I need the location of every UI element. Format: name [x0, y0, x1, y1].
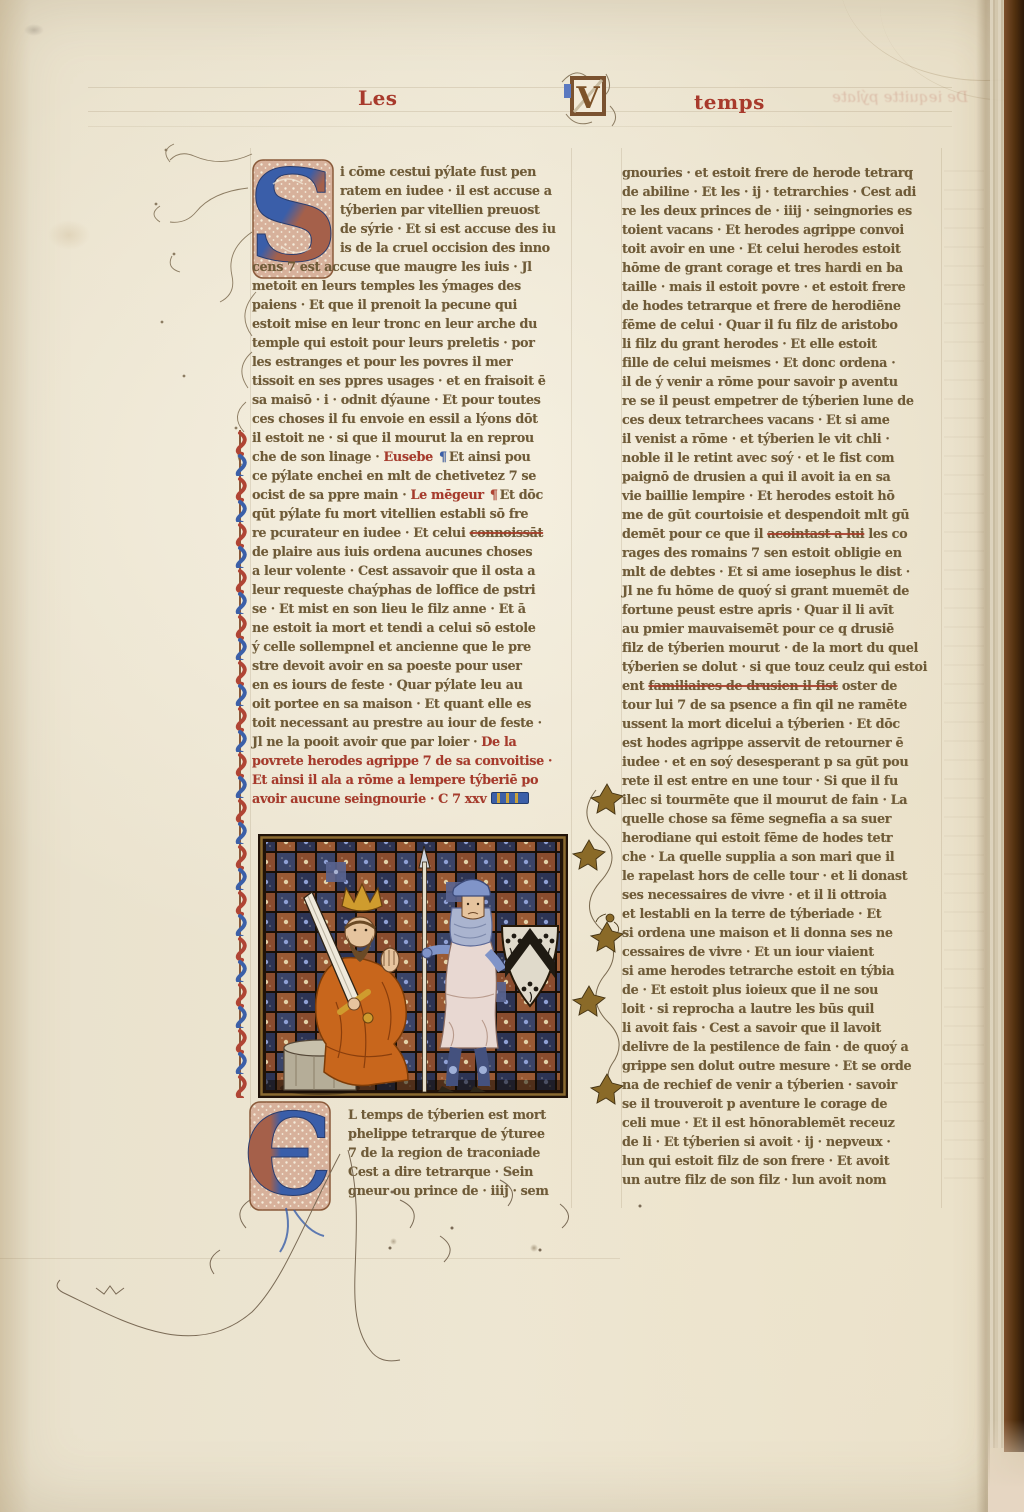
- text-line: filz de týberien mourut · de la mort du …: [622, 639, 946, 658]
- text-segment: Et ainsi pou: [449, 450, 531, 465]
- text-line: qūt pýlate fu mort vitellien establi sō …: [252, 505, 576, 524]
- text-line: il de ý venir a rōme pour savoir p avent…: [622, 373, 946, 392]
- text-line: týberien se dolut · si que touz ceulz qu…: [622, 658, 946, 677]
- text-line: rages des romains 7 sen estoit obligie e…: [622, 544, 946, 563]
- text-line: ý celle sollempnel et ancienne que le pr…: [252, 638, 576, 657]
- text-line: celi mue · Et il est hōnorablemēt receuz: [622, 1114, 946, 1133]
- left-column-lines: cens 7 est accuse que maugre les iuis · …: [252, 258, 576, 809]
- text-segment: delivre de la pestilence de fain · de qu…: [622, 1040, 909, 1055]
- text-segment: ilec si tourmēte que il mourut de fain ·…: [622, 793, 907, 808]
- text-segment: temple qui estoit pour leurs preletis · …: [252, 336, 535, 351]
- text-line: se il trouveroit p aventure le corage de: [622, 1095, 946, 1114]
- text-line: gnouries · et estoit frere de herode tet…: [622, 164, 946, 183]
- text-line: ratem en iudee · il est accuse a: [340, 182, 576, 201]
- text-segment: vie baillie lempire · Et herodes estoit …: [622, 489, 895, 504]
- text-segment: de hodes tetrarque et frere de herodiēne: [622, 299, 901, 314]
- text-segment: povrete herodes agrippe 7 de sa convoiti…: [252, 754, 552, 769]
- text-line: temple qui estoit pour leurs preletis · …: [252, 334, 576, 353]
- page-edge-stack: [990, 0, 1005, 1448]
- text-segment: si ame herodes tetrarche estoit en týbia: [622, 964, 894, 979]
- text-line: týberien par vitellien preuost: [340, 201, 576, 220]
- penwork-flourish-bottom: [40, 1140, 680, 1390]
- text-segment: estoit mise en leur tronc en leur arche …: [252, 317, 537, 332]
- text-line: fortune peust estre apris · Quar il li a…: [622, 601, 946, 620]
- text-segment: se il trouveroit p aventure le corage de: [622, 1097, 887, 1112]
- text-line: toient vacans · Et herodes agrippe convo…: [622, 221, 946, 240]
- text-line: li filz du grant herodes · Et elle estoi…: [622, 335, 946, 354]
- text-segment: paiens · Et que il prenoit la pecune qui: [252, 298, 517, 313]
- text-segment: L temps de týberien est mort: [348, 1108, 546, 1123]
- book-binding-edge: [1004, 0, 1024, 1452]
- line-filler-ornament: [491, 792, 529, 804]
- text-line: fēme de celui · Quar il fu filz de arist…: [622, 316, 946, 335]
- text-segment: re les deux princes de · iiij · seingnor…: [622, 204, 912, 219]
- text-line: L temps de týberien est mort: [348, 1106, 576, 1125]
- text-segment: loit · si reprocha a lautre les būs quil: [622, 1002, 874, 1017]
- text-segment: fille de celui meismes · Et donc ordena …: [622, 356, 895, 371]
- text-line: hōme de grant corage et tres hardi en ba: [622, 259, 946, 278]
- offset-showthrough-text: De iequitte pýlate: [751, 88, 969, 106]
- text-segment: familiaires de drusien il fist: [648, 679, 837, 694]
- text-segment: ý celle sollempnel et ancienne que le pr…: [252, 640, 531, 655]
- manuscript-page: Les V temps De iequitte pýlate: [0, 0, 1024, 1512]
- text-line: li avoit fais · Cest a savoir que il lav…: [622, 1019, 946, 1038]
- text-segment: taille · mais il estoit povre · et estoi…: [622, 280, 905, 295]
- text-segment: hōme de grant corage et tres hardi en ba: [622, 261, 903, 276]
- text-line: ilec si tourmēte que il mourut de fain ·…: [622, 791, 946, 810]
- text-line: Jl ne fu hōme de quoý si grant muemēt de: [622, 582, 946, 601]
- text-segment: toient vacans · Et herodes agrippe convo…: [622, 223, 904, 238]
- spear: [423, 862, 427, 1092]
- text-line: le rapelast hors de celle tour · et li d…: [622, 867, 946, 886]
- text-segment: quelle chose sa fēme segnefia a sa suer: [622, 812, 891, 827]
- text-line: de · Et estoit plus ioieux que il ne sou: [622, 981, 946, 1000]
- text-line: ces deux tetrarchees vacans · Et si ame: [622, 411, 946, 430]
- pencil-mark: [24, 24, 44, 36]
- text-line: les estranges et pour les povres il mer: [252, 353, 576, 372]
- text-segment: Jl ne fu hōme de quoý si grant muemēt de: [622, 584, 909, 599]
- left-text-column: i cōme cestui pýlate fust penratem en iu…: [252, 163, 576, 809]
- text-line: mlt de debtes · Et si ame iosephus le di…: [622, 563, 946, 582]
- right-text-column: gnouries · et estoit frere de herode tet…: [622, 164, 946, 1190]
- text-segment: me de gūt courtoisie et despendoit mlt g…: [622, 508, 909, 523]
- text-segment: cessaires de vivre · Et un iour viaient: [622, 945, 874, 960]
- text-line: paignō de drusien a qui il avoit ia en s…: [622, 468, 946, 487]
- text-line: fille de celui meismes · Et donc ordena …: [622, 354, 946, 373]
- text-segment: iudee · et en soý desesperant p sa gūt p…: [622, 755, 908, 770]
- text-segment: ocist de sa ppre main ·: [252, 488, 410, 503]
- text-line: che · La quelle supplia a son mari que i…: [622, 848, 946, 867]
- text-segment: Et dōc: [500, 488, 543, 503]
- binding-fade: [988, 1420, 1024, 1512]
- text-segment: li avoit fais · Cest a savoir que il lav…: [622, 1021, 881, 1036]
- parchment-crease: [0, 1258, 620, 1259]
- text-line: i cōme cestui pýlate fust pen: [340, 163, 576, 182]
- text-line: ses necessaires de vivre · et il li ottr…: [622, 886, 946, 905]
- text-line: est hodes agrippe asservit de retourner …: [622, 734, 946, 753]
- text-line: demēt pour ce que il acointast a lui les…: [622, 525, 946, 544]
- miniature-illustration: [256, 832, 570, 1100]
- text-segment: toit avoir en une · Et celui herodes est…: [622, 242, 901, 257]
- text-line: avoir aucune seingnourie · C 7 xxv: [252, 790, 576, 809]
- text-line: iudee · et en soý desesperant p sa gūt p…: [622, 753, 946, 772]
- text-segment: de abiline · Et les · ij · tetrarchies ·…: [622, 185, 916, 200]
- text-line: stre devoit avoir en sa poeste pour user: [252, 657, 576, 676]
- header-numeral: V: [575, 81, 600, 116]
- text-line: paiens · Et que il prenoit la pecune qui: [252, 296, 576, 315]
- text-segment: oster de: [838, 679, 897, 694]
- text-segment: en es iours de feste · Quar pýlate leu a…: [252, 678, 523, 693]
- text-line: ces choses il fu envoie en essil a lýons…: [252, 410, 576, 429]
- text-line: ent familiaires de drusien il fist oster…: [622, 677, 946, 696]
- text-line: de hodes tetrarque et frere de herodiēne: [622, 297, 946, 316]
- text-line: ussent la mort dicelui a týberien · Et d…: [622, 715, 946, 734]
- text-line: toit necessant au prestre au iour de fes…: [252, 714, 576, 733]
- text-line: oit portee en sa maison · Et quant elle …: [252, 695, 576, 714]
- text-segment: au pmier mauvaisemēt pour ce q drusiē: [622, 622, 894, 637]
- text-segment: Et ainsi il ala a rōme a lempere týberiē…: [252, 773, 538, 788]
- text-segment: a leur volente · Cest assavoir que il os…: [252, 564, 535, 579]
- text-line: rete il est entre en une tour · Si que i…: [622, 772, 946, 791]
- text-segment: de plaire aus iuis ordena aucunes choses: [252, 545, 532, 560]
- text-line: estoit mise en leur tronc en leur arche …: [252, 315, 576, 334]
- margin-border-bar: [230, 430, 250, 1098]
- text-segment: ces choses il fu envoie en essil a lýons…: [252, 412, 538, 427]
- text-line: leur requeste chaýphas de loffice de pst…: [252, 581, 576, 600]
- text-line: de sýrie · Et si est accuse des iu: [340, 220, 576, 239]
- text-segment: stre devoit avoir en sa poeste pour user: [252, 659, 522, 674]
- text-segment: filz de týberien mourut · de la mort du …: [622, 641, 918, 656]
- ivy-leaf-border: [566, 786, 630, 1108]
- text-segment: fortune peust estre apris · Quar il li a…: [622, 603, 894, 618]
- parchment-stain: [48, 220, 90, 250]
- text-segment: ¶: [437, 450, 449, 465]
- text-segment: il de ý venir a rōme pour savoir p avent…: [622, 375, 898, 390]
- text-line: metoit en leurs temples les ýmages des: [252, 277, 576, 296]
- text-segment: les co: [864, 527, 907, 542]
- text-line: me de gūt courtoisie et despendoit mlt g…: [622, 506, 946, 525]
- text-line: cens 7 est accuse que maugre les iuis · …: [252, 258, 576, 277]
- text-segment: oit portee en sa maison · Et quant elle …: [252, 697, 531, 712]
- text-line: grippe sen dolut outre mesure · Et se or…: [622, 1057, 946, 1076]
- text-line: taille · mais il estoit povre · et estoi…: [622, 278, 946, 297]
- text-line: et lestabli en la terre de týberiade · E…: [622, 905, 946, 924]
- text-line: delivre de la pestilence de fain · de qu…: [622, 1038, 946, 1057]
- text-segment: Eusebe: [384, 450, 438, 465]
- text-line: il estoit ne · si que il mourut la en re…: [252, 429, 576, 448]
- text-segment: cens 7 est accuse que maugre les iuis · …: [252, 260, 532, 275]
- text-segment: ne estoit ia mort et tendi a celui sō es…: [252, 621, 536, 636]
- text-line: na de rechief de venir a týberien · savo…: [622, 1076, 946, 1095]
- text-line: a leur volente · Cest assavoir que il os…: [252, 562, 576, 581]
- text-segment: ¶: [488, 488, 500, 503]
- text-segment: sa maisō · i · odnit dýaune · Et pour to…: [252, 393, 541, 408]
- text-segment: týberien se dolut · si que touz ceulz qu…: [622, 660, 927, 675]
- text-line: re pcurateur en iudee · Et celui connois…: [252, 524, 576, 543]
- text-segment: De la: [481, 735, 516, 750]
- text-segment: Jl ne la pooit avoir que par loier ·: [252, 735, 481, 750]
- text-line: herodiane qui estoit fēme de hodes tetr: [622, 829, 946, 848]
- text-line: si ordena une maison et li donna ses ne: [622, 924, 946, 943]
- text-segment: tour lui 7 de sa psence a fin qil ne ram…: [622, 698, 907, 713]
- text-segment: se · Et mist en son lieu le filz anne · …: [252, 602, 526, 617]
- text-segment: les estranges et pour les povres il mer: [252, 355, 513, 370]
- text-segment: herodiane qui estoit fēme de hodes tetr: [622, 831, 892, 846]
- text-segment: re pcurateur en iudee · Et celui: [252, 526, 470, 541]
- text-line: tour lui 7 de sa psence a fin qil ne ram…: [622, 696, 946, 715]
- text-line: au pmier mauvaisemēt pour ce q drusiē: [622, 620, 946, 639]
- text-segment: fēme de celui · Quar il fu filz de arist…: [622, 318, 898, 333]
- text-segment: mlt de debtes · Et si ame iosephus le di…: [622, 565, 910, 580]
- text-segment: rete il est entre en une tour · Si que i…: [622, 774, 898, 789]
- text-line: loit · si reprocha a lautre les būs quil: [622, 1000, 946, 1019]
- gutter-crease: [976, 0, 990, 1512]
- text-line: re les deux princes de · iiij · seingnor…: [622, 202, 946, 221]
- text-line: quelle chose sa fēme segnefia a sa suer: [622, 810, 946, 829]
- header-numeral-ornament: V: [552, 62, 622, 132]
- text-segment: et lestabli en la terre de týberiade · E…: [622, 907, 881, 922]
- text-line: il venist a rōme · et týberien le vit ch…: [622, 430, 946, 449]
- text-line: tissoit en ses ppres usages · et en frai…: [252, 372, 576, 391]
- text-line: de plaire aus iuis ordena aucunes choses: [252, 543, 576, 562]
- text-segment: tissoit en ses ppres usages · et en frai…: [252, 374, 546, 389]
- text-segment: leur requeste chaýphas de loffice de pst…: [252, 583, 535, 598]
- text-line: Et ainsi il ala a rōme a lempere týberiē…: [252, 771, 576, 790]
- text-segment: noble il le retint avec soý · et le fist…: [622, 451, 894, 466]
- running-title-left: Les: [358, 86, 398, 110]
- text-line: si ame herodes tetrarche estoit en týbia: [622, 962, 946, 981]
- text-segment: si ordena une maison et li donna ses ne: [622, 926, 893, 941]
- text-segment: demēt pour ce que il: [622, 527, 767, 542]
- text-segment: le rapelast hors de celle tour · et li d…: [622, 869, 907, 884]
- text-segment: est hodes agrippe asservit de retourner …: [622, 736, 903, 751]
- text-segment: celi mue · Et il est hōnorablemēt receuz: [622, 1116, 895, 1131]
- text-segment: il estoit ne · si que il mourut la en re…: [252, 431, 534, 446]
- text-line: toit avoir en une · Et celui herodes est…: [622, 240, 946, 259]
- text-segment: avoir aucune seingnourie · C 7 xxv: [252, 792, 486, 807]
- text-segment: ce pýlate enchei en mlt de chetivetez 7 …: [252, 469, 536, 484]
- text-segment: rages des romains 7 sen estoit obligie e…: [622, 546, 902, 561]
- text-segment: paignō de drusien a qui il avoit ia en s…: [622, 470, 891, 485]
- text-segment: ses necessaires de vivre · et il li ottr…: [622, 888, 887, 903]
- text-segment: metoit en leurs temples les ýmages des: [252, 279, 521, 294]
- text-segment: connoissāt: [470, 526, 543, 541]
- text-segment: ratem en iudee · il est accuse a: [340, 184, 552, 199]
- text-line: sa maisō · i · odnit dýaune · Et pour to…: [252, 391, 576, 410]
- text-segment: il venist a rōme · et týberien le vit ch…: [622, 432, 889, 447]
- text-segment: i cōme cestui pýlate fust pen: [340, 165, 536, 180]
- text-segment: re se il peust empetrer de týberien lune…: [622, 394, 914, 409]
- text-line: vie baillie lempire · Et herodes estoit …: [622, 487, 946, 506]
- text-line: ocist de sa ppre main · Le mēgeur ¶Et dō…: [252, 486, 576, 505]
- text-segment: qūt pýlate fu mort vitellien establi sō …: [252, 507, 528, 522]
- text-line: re se il peust empetrer de týberien lune…: [622, 392, 946, 411]
- text-line: cessaires de vivre · Et un iour viaient: [622, 943, 946, 962]
- text-line: noble il le retint avec soý · et le fist…: [622, 449, 946, 468]
- text-segment: na de rechief de venir a týberien · savo…: [622, 1078, 897, 1093]
- text-segment: ent: [622, 679, 648, 694]
- text-line: che de son linage · Eusebe ¶Et ainsi pou: [252, 448, 576, 467]
- text-segment: li filz du grant herodes · Et elle estoi…: [622, 337, 877, 352]
- text-segment: che · La quelle supplia a son mari que i…: [622, 850, 894, 865]
- text-segment: acointast a lui: [767, 527, 864, 542]
- text-line: se · Et mist en son lieu le filz anne · …: [252, 600, 576, 619]
- text-segment: che de son linage ·: [252, 450, 384, 465]
- text-segment: de sýrie · Et si est accuse des iu: [340, 222, 556, 237]
- text-line: ne estoit ia mort et tendi a celui sō es…: [252, 619, 576, 638]
- text-segment: gnouries · et estoit frere de herode tet…: [622, 166, 913, 181]
- text-segment: Le mēgeur: [410, 488, 487, 503]
- text-segment: týberien par vitellien preuost: [340, 203, 540, 218]
- text-line: en es iours de feste · Quar pýlate leu a…: [252, 676, 576, 695]
- text-line: is de la cruel occision des inno: [340, 239, 576, 258]
- text-line: povrete herodes agrippe 7 de sa convoiti…: [252, 752, 576, 771]
- text-segment: ussent la mort dicelui a týberien · Et d…: [622, 717, 900, 732]
- blue-tick: [564, 84, 571, 98]
- text-segment: is de la cruel occision des inno: [340, 241, 550, 256]
- text-segment: toit necessant au prestre au iour de fes…: [252, 716, 542, 731]
- text-line: de abiline · Et les · ij · tetrarchies ·…: [622, 183, 946, 202]
- text-segment: ces deux tetrarchees vacans · Et si ame: [622, 413, 890, 428]
- text-line: Jl ne la pooit avoir que par loier · De …: [252, 733, 576, 752]
- text-segment: de · Et estoit plus ioieux que il ne sou: [622, 983, 878, 998]
- text-segment: grippe sen dolut outre mesure · Et se or…: [622, 1059, 911, 1074]
- text-line: ce pýlate enchei en mlt de chetivetez 7 …: [252, 467, 576, 486]
- drop-cap-text-block: i cōme cestui pýlate fust penratem en iu…: [252, 163, 576, 258]
